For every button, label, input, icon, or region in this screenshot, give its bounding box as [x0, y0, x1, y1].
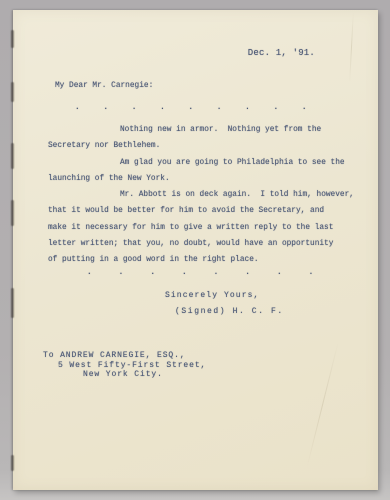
paper-edge-shadow	[11, 200, 14, 226]
paper-edge-shadow	[11, 288, 14, 318]
separator-dots-top: . . . . . . . . .	[75, 104, 307, 112]
recipient-name-line: To ANDREW CARNEGIE, ESQ.,	[43, 351, 206, 361]
recipient-address: To ANDREW CARNEGIE, ESQ., 5 West Fifty-F…	[43, 351, 206, 380]
paper-edge-shadow	[11, 455, 14, 471]
scan-background: Dec. 1, '91. My Dear Mr. Carnegie: . . .…	[0, 0, 390, 500]
paper-edge-shadow	[11, 30, 14, 48]
recipient-street-line: 5 West Fifty-First Street,	[58, 361, 206, 371]
body-line: Nothing new in armor. Nothing yet from t…	[48, 122, 354, 138]
body-line: of putting in a good word in the right p…	[48, 252, 354, 268]
letter-date: Dec. 1, '91.	[248, 48, 315, 58]
paper-crease	[349, 12, 354, 82]
body-line: launching of the New York.	[48, 171, 354, 187]
separator-dots-bottom: . . . . . . . .	[87, 269, 313, 277]
letter-body: Nothing new in armor. Nothing yet from t…	[48, 122, 354, 269]
letter-salutation: My Dear Mr. Carnegie:	[55, 82, 153, 90]
letter-closing: Sincerely Yours,	[165, 291, 259, 300]
body-line: that it would be better for him to avoid…	[48, 203, 354, 219]
body-line: Am glad you are going to Philadelphia to…	[48, 155, 354, 171]
paper-edge-shadow	[11, 82, 14, 102]
body-line: letter written; that you, no doubt, woul…	[48, 236, 354, 252]
body-line: Secretary nor Bethlehem.	[48, 138, 354, 154]
paper-crease	[306, 342, 338, 468]
paper-edge-shadow	[11, 143, 14, 169]
letter-page: Dec. 1, '91. My Dear Mr. Carnegie: . . .…	[13, 10, 378, 490]
letter-signature: (Signed) H. C. F.	[175, 307, 284, 316]
body-line: Mr. Abbott is on deck again. I told him,…	[48, 187, 354, 203]
recipient-city-line: New York City.	[83, 370, 206, 380]
body-line: make it necessary for him to give a writ…	[48, 220, 354, 236]
